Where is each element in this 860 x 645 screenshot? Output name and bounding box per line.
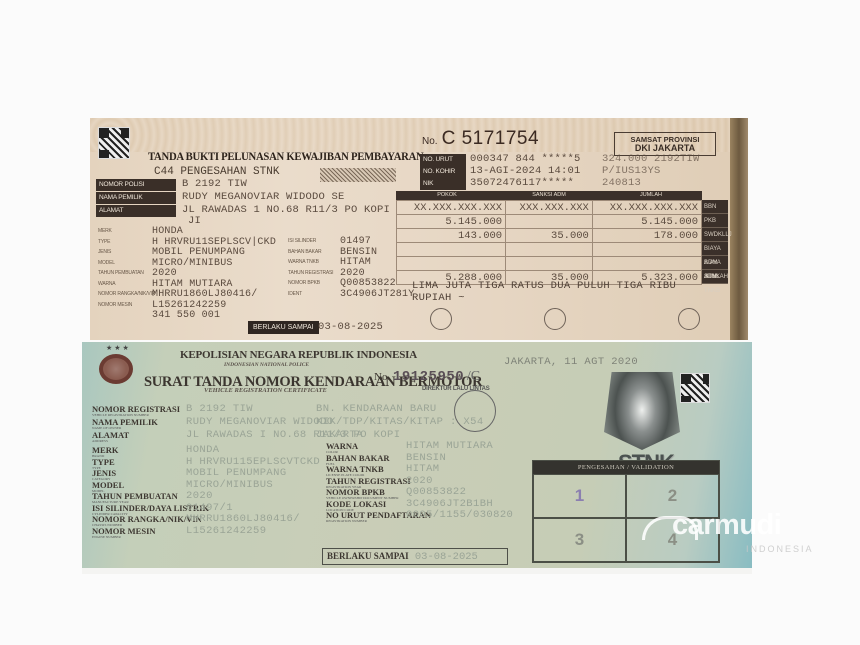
vehicle-label: TAHUN PEMBUATAN <box>98 270 144 276</box>
field-value: HONDA <box>186 444 220 456</box>
samsat-line2: DKI JAKARTA <box>635 143 695 153</box>
vehicle-label: IDENT <box>288 291 302 297</box>
document-title-en: VEHICLE REGISTRATION CERTIFICATE <box>204 387 327 394</box>
payment-cell: XXX.XXX.XXX <box>506 201 593 215</box>
payment-cell: XX.XXX.XXX.XXX <box>397 201 506 215</box>
owner-value: RUDY MEGANOVIAR WIDODO SE <box>182 191 345 203</box>
stars-icon: ★ ★ ★ <box>106 344 129 352</box>
payment-cell: XX.XXX.XXX.XXX <box>592 201 701 215</box>
vehicle-label: TYPE <box>98 239 110 245</box>
field-label: NOMOR REGISTRASIVEHICLE REGISTRATION NUM… <box>92 405 180 417</box>
field-value: 01497/1 <box>186 502 233 514</box>
vehicle-value: HITAM <box>340 257 371 268</box>
issue-date: JAKARTA, 11 AGT 2020 <box>504 356 638 368</box>
column-header: SANKSI ADM <box>498 191 600 200</box>
vehicle-value: 2020 <box>340 268 365 279</box>
field-value: 3C4906JT2B1BH <box>406 498 493 510</box>
receipt-number-label: No. <box>422 136 438 147</box>
vehicle-label: MERK <box>98 228 112 234</box>
column-header: POKOK <box>396 191 498 200</box>
vehicle-label: MODEL <box>98 260 115 266</box>
ref-label: NO. URUT <box>420 154 466 166</box>
payment-row: 143.00035.000178.000 <box>397 229 702 243</box>
vehicle-label: NOMOR RANGKA/NIK/VIN <box>98 291 155 297</box>
payment-row-tag: PKB <box>702 214 728 228</box>
ref-extra: 240813 <box>602 177 641 189</box>
field-value: RUDY MEGANOVIAR WIDODO <box>186 416 333 428</box>
valid-until-label: BERLAKU SAMPAI <box>327 551 409 561</box>
field-value: B 2192 TIW <box>186 403 253 415</box>
ref-value: 13-AGI-2024 14:01 <box>470 165 581 177</box>
vehicle-label: NOMOR MESIN <box>98 302 132 308</box>
payment-row <box>397 243 702 257</box>
field-value: HITAM <box>406 463 440 475</box>
payment-row-tag: BIAYA ADM STNK <box>702 242 728 256</box>
ref-extra: 324.000 2192TIW <box>602 153 700 165</box>
payment-row-tag: SWDKLLJ <box>702 228 728 242</box>
valid-until-value: 03-08-2025 <box>415 551 478 563</box>
payment-row-tags: BBNPKBSWDKLLJBIAYA ADM STNKBIAYA ADM TNK… <box>702 200 728 284</box>
qr-code-icon <box>680 373 710 403</box>
vehicle-value: 341 550 001 <box>152 310 220 321</box>
valid-until-box: BERLAKU SAMPAI 03-08-2025 <box>322 548 508 565</box>
agency-name-en: INDONESIAN NATIONAL POLICE <box>224 362 309 368</box>
field-label: NOMOR MESINENGINE NUMBER <box>92 527 156 539</box>
owner-label: ALAMAT <box>96 205 176 217</box>
paper-edge <box>730 118 748 340</box>
owner-value: JL RAWADAS 1 NO.68 R11/3 PO KOPI <box>182 204 390 216</box>
field-extra: JAKARTA <box>316 429 363 441</box>
ref-label: NO. KOHIR <box>420 166 466 178</box>
field-value: BENSIN <box>406 452 446 464</box>
receipt-number-value: C 5171754 <box>442 128 539 149</box>
field-value: 0005/1155/030820 <box>406 509 513 521</box>
vehicle-label: NOMOR BPKB <box>288 280 320 286</box>
column-header: JUMLAH <box>600 191 702 200</box>
field-value: MOBIL PENUMPANG <box>186 467 287 479</box>
field-extra: KIK/TDP/KITAS/KITAP : X54 <box>316 416 484 428</box>
vehicle-label: WARNA TNKB <box>288 259 319 265</box>
validation-cell: 1 <box>533 474 626 518</box>
field-value: JL RAWADAS I NO.68 R11/3 PO KOPI <box>186 429 400 441</box>
field-value: MHRRU1860LJ80416/ <box>186 513 300 525</box>
payment-cell <box>506 215 593 229</box>
payment-row: 5.145.0005.145.000 <box>397 215 702 229</box>
payment-row: XX.XXX.XXX.XXXXXX.XXX.XXXXX.XXX.XXX.XXX <box>397 201 702 215</box>
police-emblem-icon <box>99 354 133 384</box>
field-value: L15261242259 <box>186 525 266 537</box>
vehicle-value: MOBIL PENUMPANG <box>152 247 245 258</box>
official-stamp <box>430 308 452 330</box>
tax-payment-receipt: TANDA BUKTI PELUNASAN KEWAJIBAN PEMBAYAR… <box>90 118 748 340</box>
owner-value: JI <box>188 215 201 227</box>
vehicle-value: BENSIN <box>340 247 377 258</box>
field-label: ALAMATADDRESS <box>92 431 129 443</box>
payment-cell <box>397 243 506 257</box>
vehicle-value: 01497 <box>340 236 371 247</box>
agency-name: KEPOLISIAN NEGARA REPUBLIK INDONESIA <box>180 349 417 361</box>
stnk-number-value: 19125950 <box>393 369 464 385</box>
field-value: H HRVRU115EPLSCVTCKD <box>186 456 320 468</box>
owner-label: NOMOR POLISI <box>96 179 176 191</box>
vehicle-value: Q00853822 <box>340 278 396 289</box>
payment-cell: 5.145.000 <box>397 215 506 229</box>
receipt-number: No.C 5171754 <box>422 128 539 150</box>
stnk-number: No. 19125950 /C <box>374 369 480 385</box>
payment-cell: 35.000 <box>506 229 593 243</box>
validation-cell: 3 <box>533 518 626 562</box>
field-label-text: BAHAN BAKAR <box>326 453 390 463</box>
field-value: HITAM MUTIARA <box>406 440 493 452</box>
security-hatch <box>320 168 396 182</box>
field-value: MICRO/MINIBUS <box>186 479 273 491</box>
watermark-country: INDONESIA <box>746 544 814 554</box>
ref-value: 35072476117***** <box>470 177 574 189</box>
stnk-number-label: No. <box>374 371 390 383</box>
ref-label: NIK <box>420 178 466 190</box>
valid-until-value: 03-08-2025 <box>318 321 383 333</box>
vehicle-label: ISI SILINDER <box>288 238 316 244</box>
vehicle-value: HONDA <box>152 226 183 237</box>
vehicle-value: 2020 <box>152 268 177 279</box>
payment-cell <box>592 257 701 271</box>
payment-row-tag: BIAYA ADM TNKB <box>702 256 728 270</box>
vehicle-label: BAHAN BAKAR <box>288 249 321 255</box>
valid-until-label: BERLAKU SAMPAI <box>248 321 319 334</box>
payment-table: XX.XXX.XXX.XXXXXX.XXX.XXXXX.XXX.XXX.XXX5… <box>396 200 702 285</box>
payment-cell <box>592 243 701 257</box>
owner-value: B 2192 TIW <box>182 178 247 190</box>
vehicle-label: WARNA <box>98 281 115 287</box>
vehicle-label: TAHUN REGISTRASI <box>288 270 333 276</box>
payment-row <box>397 257 702 271</box>
field-value: 2020 <box>406 475 433 487</box>
vehicle-value: HITAM MUTIARA <box>152 279 233 290</box>
qr-code-icon <box>98 127 130 159</box>
stnk-number-suffix: /C <box>467 369 480 384</box>
official-stamp <box>544 308 566 330</box>
vehicle-value: L15261242259 <box>152 300 226 311</box>
ref-value: 000347 844 *****5 <box>470 153 581 165</box>
payment-cell <box>506 257 593 271</box>
vehicle-value: MHRRU1860LJ80416/ <box>152 289 257 300</box>
vehicle-value: MICRO/MINIBUS <box>152 258 233 269</box>
field-value: 2020 <box>186 490 213 502</box>
vehicle-value: 3C4906JT281Y <box>340 289 414 300</box>
amount-in-words: LIMA JUTA TIGA RATUS DUA PULUH TIGA RIBU… <box>412 280 712 304</box>
watermark-brand: carmudi <box>672 509 781 542</box>
receipt-title: TANDA BUKTI PELUNASAN KEWAJIBAN PEMBAYAR… <box>148 151 424 163</box>
field-value: Q00853822 <box>406 486 466 498</box>
payment-cell <box>397 257 506 271</box>
payment-cell: 178.000 <box>592 229 701 243</box>
field-label: NAMA PEMILIKNAME OF OWNER <box>92 418 158 430</box>
field-extra: BN. KENDARAAN BARU <box>316 403 437 415</box>
owner-label: NAMA PEMILIK <box>96 192 176 204</box>
payment-cell <box>506 243 593 257</box>
payment-cell: 143.000 <box>397 229 506 243</box>
payment-row-tag: BBN <box>702 200 728 214</box>
payment-cell: 5.145.000 <box>592 215 701 229</box>
receipt-subtitle: C44 PENGESAHAN STNK <box>154 166 279 178</box>
vehicle-label: JENIS <box>98 249 111 255</box>
vehicle-value: H HRVRU11SEPLSCV|CKD <box>152 237 276 248</box>
payment-header: POKOK SANKSI ADM JUMLAH <box>396 191 702 200</box>
official-stamp <box>678 308 700 330</box>
ref-extra: P/IUS13YS <box>602 165 661 177</box>
validation-header: PENGESAHAN / VALIDATION <box>533 461 719 474</box>
